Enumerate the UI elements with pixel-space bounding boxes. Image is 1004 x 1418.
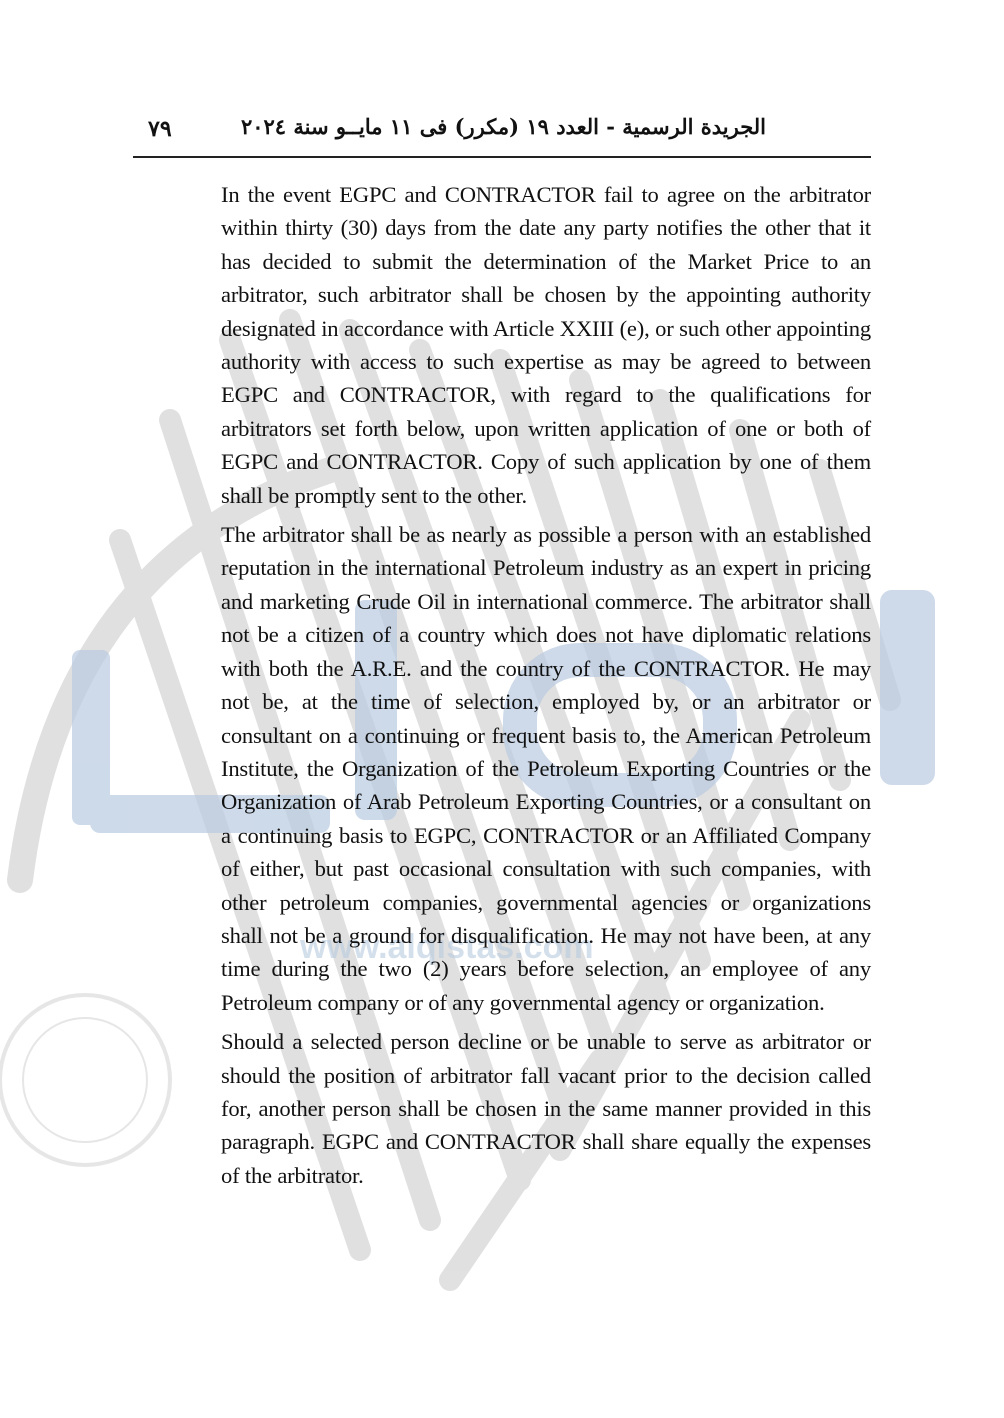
paragraph-arbitrator-qualifications: The arbitrator shall be as nearly as pos… [221, 518, 871, 1019]
watermark-seal [0, 995, 170, 1165]
paragraph-arbitrator-replacement: Should a selected person decline or be u… [221, 1025, 871, 1192]
page-number: ٧٩ [148, 116, 172, 142]
paragraph-arbitrator-appointment: In the event EGPC and CONTRACTOR fail to… [221, 178, 871, 512]
gazette-title: الجريدة الرسمية - العدد ١٩ (مكرر) فى ١١ … [241, 114, 766, 139]
page-header: ٧٩ الجريدة الرسمية - العدد ١٩ (مكرر) فى … [133, 112, 871, 152]
document-body: In the event EGPC and CONTRACTOR fail to… [221, 178, 871, 1198]
header-divider [133, 156, 871, 158]
